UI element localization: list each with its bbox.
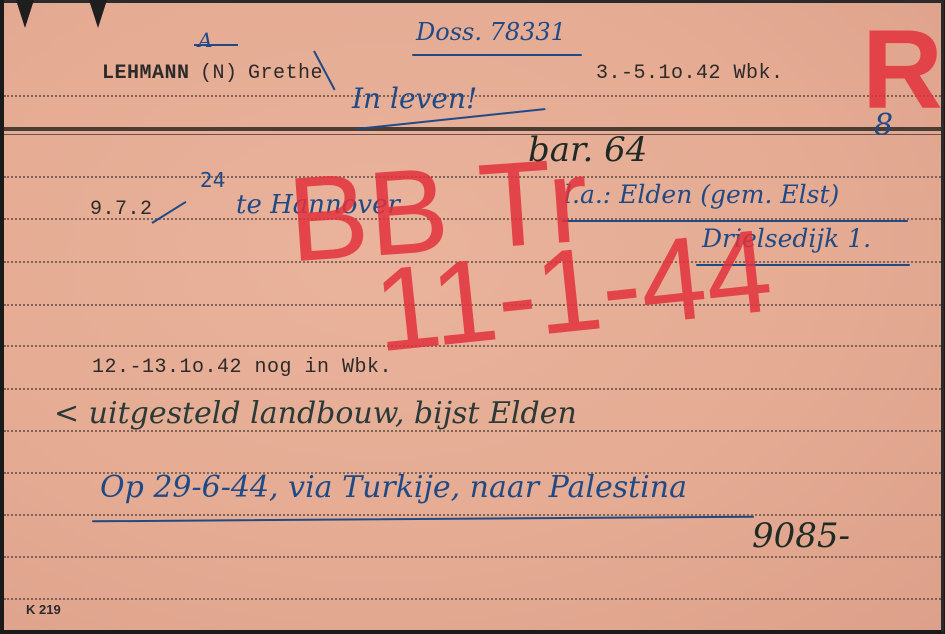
birth-year-strike xyxy=(151,201,186,224)
overstrike-line xyxy=(194,44,238,46)
ruled-line xyxy=(4,556,941,558)
ruled-line xyxy=(4,598,941,600)
card-top-edge xyxy=(4,0,941,3)
stamp-sub-mark: 8 xyxy=(874,108,893,143)
overstrike-mark: A xyxy=(198,28,212,52)
dossier-underline xyxy=(412,54,582,56)
arrest-date: 3.-5.1o.42 Wbk. xyxy=(596,62,784,85)
card-tab-notch-left xyxy=(16,0,34,28)
footer-number: 9085- xyxy=(752,516,850,556)
header-divider xyxy=(4,127,941,131)
birth-typed-date: 9.7.2 xyxy=(90,198,153,221)
emigration-underline xyxy=(92,516,754,523)
entry-handwritten-deferral: < uitgesteld landbouw, bijst Elden xyxy=(54,396,577,431)
index-card: A LEHMANN (N) Grethe Doss. 78331 In leve… xyxy=(4,0,944,634)
dossier-note: Doss. 78331 xyxy=(416,18,566,46)
ruled-line xyxy=(4,388,941,390)
form-number: K 219 xyxy=(26,602,61,617)
entry-typed: 12.-13.1o.42 nog in Wbk. xyxy=(92,356,392,379)
entry-handwritten-emigration: Op 29-6-44, via Turkije, naar Palestina xyxy=(100,470,687,505)
card-tab-notch-right xyxy=(89,0,107,28)
surname: LEHMANN xyxy=(102,62,190,85)
surname-marks: (N) xyxy=(200,62,238,85)
birth-corrected-year: 24 xyxy=(200,168,225,192)
header-divider-thin xyxy=(4,134,941,135)
last-address-line1: l.a.: Elden (gem. Elst) xyxy=(564,180,839,209)
given-name: Grethe xyxy=(248,62,323,85)
status-note: In leven! xyxy=(352,82,477,115)
